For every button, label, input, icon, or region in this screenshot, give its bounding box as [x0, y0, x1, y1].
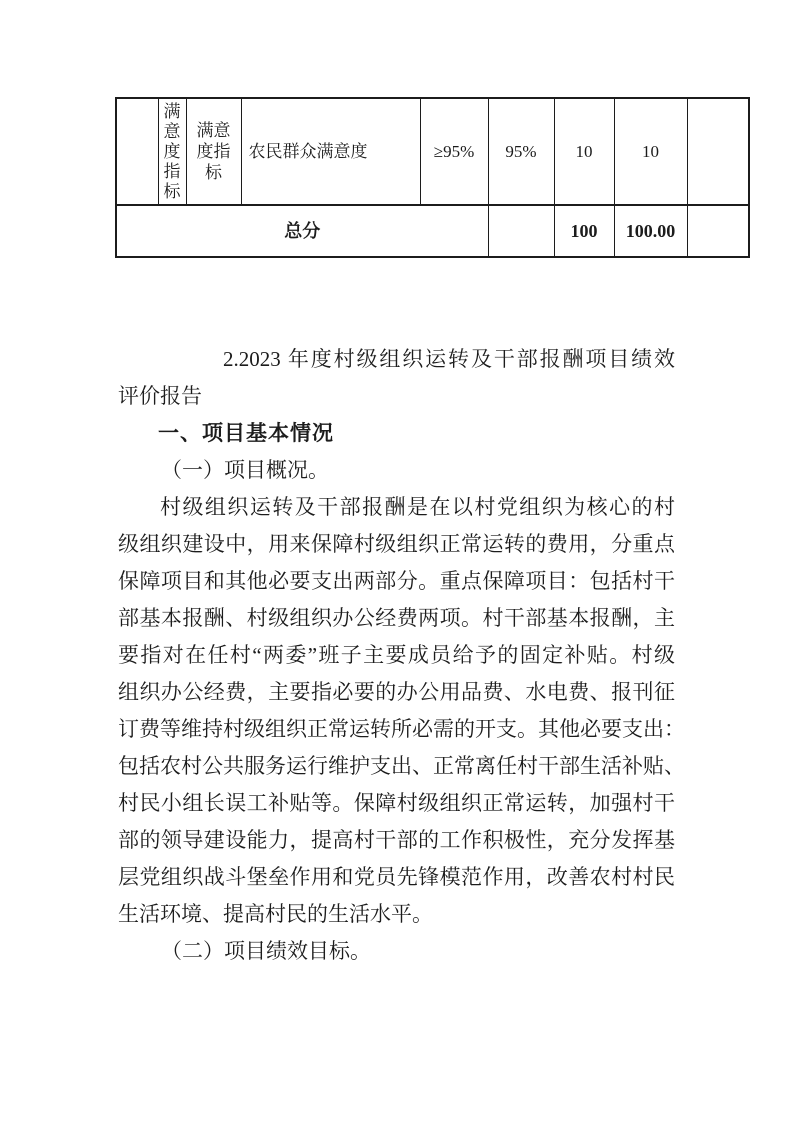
cell-target-value: ≥95%	[420, 98, 488, 205]
paragraph-line: 村民小组长误工补贴等。保障村级组织正常运转，加强村干	[118, 785, 675, 822]
paragraph-line: 层党组织战斗堡垒作用和党员先锋模范作用，改善农村村民	[118, 859, 675, 896]
sub-heading-overview: （一）项目概况。	[118, 452, 675, 489]
paragraph-line: 要指对在任村“两委”班子主要成员给予的固定补贴。村级	[118, 637, 675, 674]
cell-indicator-name: 农民群众满意度	[241, 98, 420, 205]
paragraph-line: 部基本报酬、村级组织办公经费两项。村干部基本报酬，主	[118, 600, 675, 637]
cell-score: 10	[614, 98, 687, 205]
paragraph-line: 部的领导建设能力，提高村干部的工作积极性，充分发挥基	[118, 822, 675, 859]
cell-actual-value: 95%	[488, 98, 554, 205]
cell-empty-left	[116, 98, 158, 205]
cell-total-empty-1	[488, 205, 554, 257]
paragraph-line: 包括农村公共服务运行维护支出、正常离任村干部生活补贴、	[118, 748, 675, 785]
report-title-line-1: 2.2023 年度村级组织运转及干部报酬项目绩效	[118, 341, 675, 378]
cell-empty-right	[687, 98, 749, 205]
section-heading: 一、项目基本情况	[118, 415, 675, 452]
cell-weight: 10	[554, 98, 614, 205]
performance-score-table: 满意度指标 满意度指标 农民群众满意度 ≥95% 95% 10 10 总分 10…	[115, 97, 750, 258]
paragraph-line: 生活环境、提高村民的生活水平。	[118, 896, 675, 933]
report-title-line-2: 评价报告	[118, 378, 675, 415]
paragraph-line: 保障项目和其他必要支出两部分。重点保障项目：包括村干	[118, 563, 675, 600]
document-page: 满意度指标 满意度指标 农民群众满意度 ≥95% 95% 10 10 总分 10…	[0, 0, 793, 1122]
cell-total-empty-2	[687, 205, 749, 257]
paragraph-line: 订费等维持村级组织正常运转所必需的开支。其他必要支出：	[118, 711, 675, 748]
cell-total-score: 100.00	[614, 205, 687, 257]
document-body: 2.2023 年度村级组织运转及干部报酬项目绩效 评价报告 一、项目基本情况 （…	[118, 341, 675, 970]
cell-category-vertical: 满意度指标	[158, 98, 186, 205]
paragraph-line: 组织办公经费，主要指必要的办公用品费、水电费、报刊征	[118, 674, 675, 711]
paragraph-line: 村级组织运转及干部报酬是在以村党组织为核心的村	[118, 489, 675, 526]
cell-subcategory: 满意度指标	[186, 98, 241, 205]
paragraph-line: 级组织建设中，用来保障村级组织正常运转的费用，分重点	[118, 526, 675, 563]
cell-total-label: 总分	[116, 205, 488, 257]
sub-heading-goals: （二）项目绩效目标。	[118, 933, 675, 970]
table-row-total: 总分 100 100.00	[116, 205, 749, 257]
cell-total-weight: 100	[554, 205, 614, 257]
table-row-satisfaction: 满意度指标 满意度指标 农民群众满意度 ≥95% 95% 10 10	[116, 98, 749, 205]
